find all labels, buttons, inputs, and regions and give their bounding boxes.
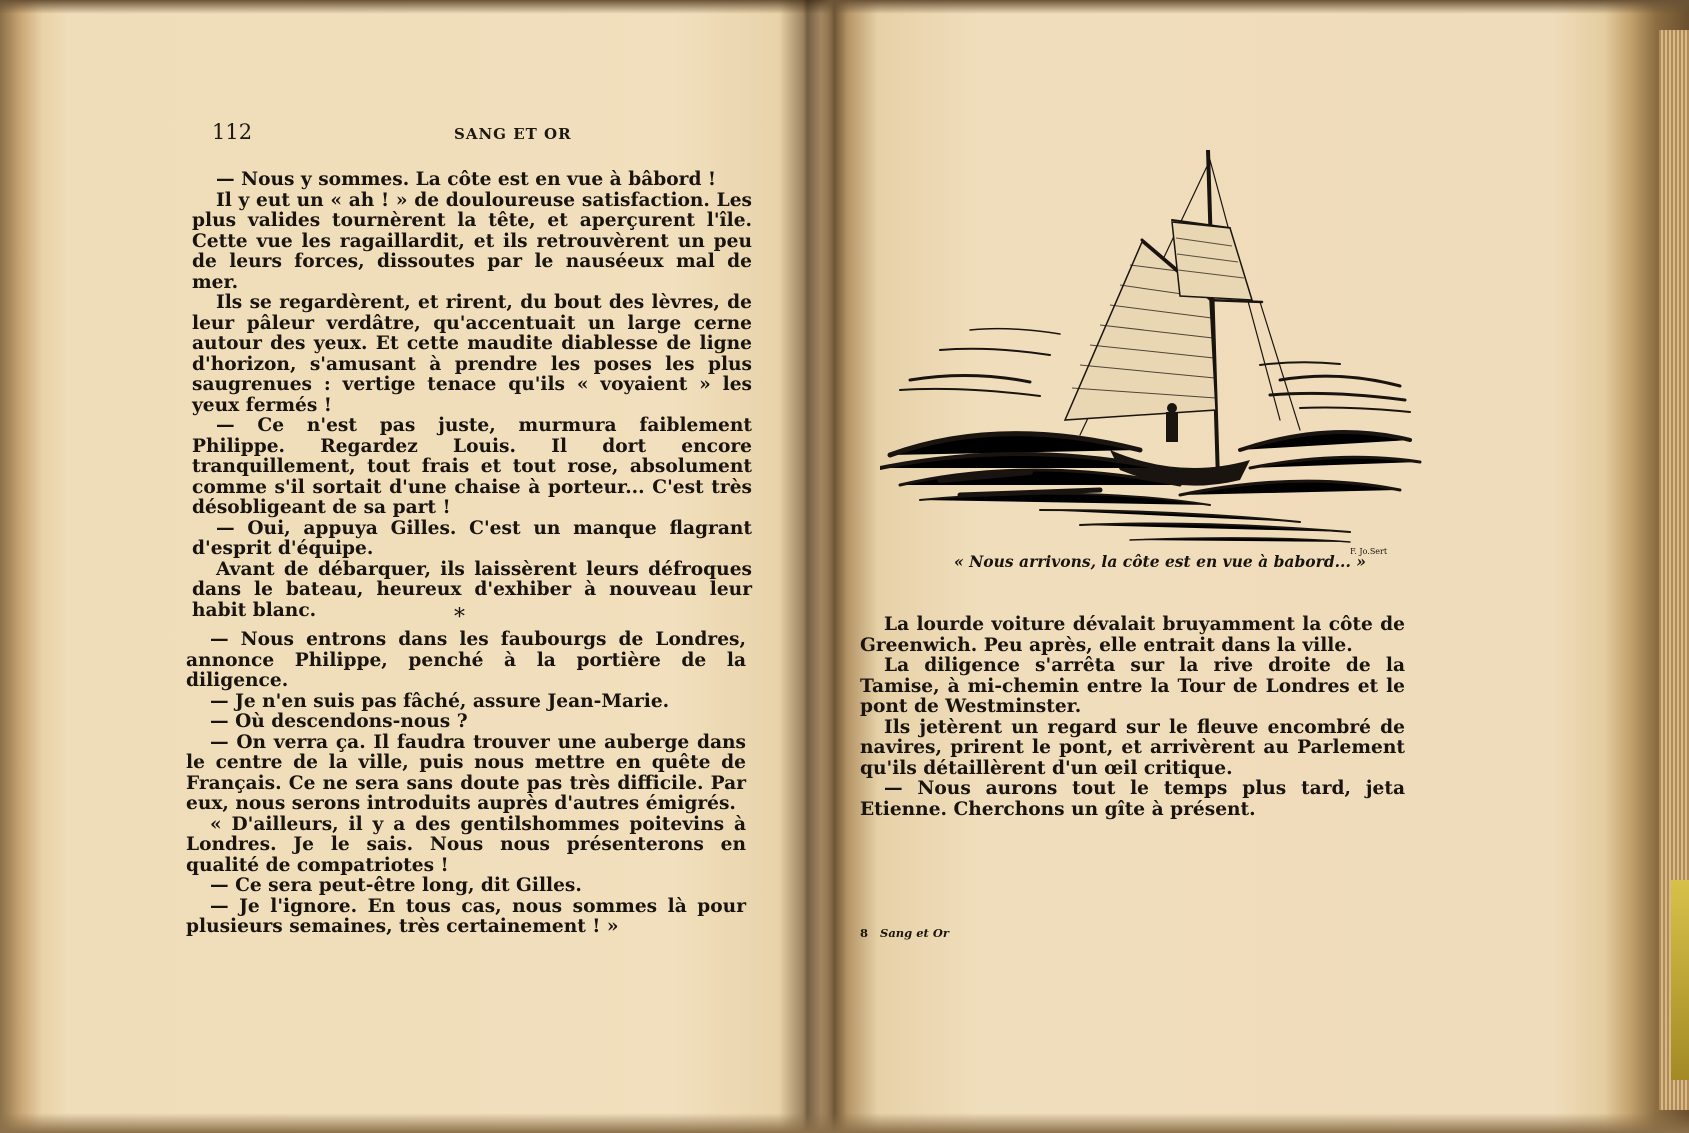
paragraph: — Ce n'est pas juste, murmura faiblement…	[192, 416, 752, 519]
open-book: 112 SANG ET OR — Nous y sommes. La côte …	[0, 0, 1689, 1133]
paragraph: — Je l'ignore. En tous cas, nous sommes …	[186, 897, 746, 938]
paragraph: — Nous aurons tout le temps plus tard, j…	[860, 779, 1405, 820]
paragraph: — On verra ça. Il faudra trouver une aub…	[186, 733, 746, 815]
left-text-block-1: — Nous y sommes. La côte est en vue à bâ…	[192, 170, 752, 621]
paragraph: — Oui, appuya Gilles. C'est un manque fl…	[192, 519, 752, 560]
right-text-block: La lourde voiture dévalait bruyamment la…	[860, 615, 1405, 820]
right-page: F. Jo.Sert « Nous arrivons, la côte est …	[860, 20, 1620, 1110]
book-bottom-edge	[0, 1113, 1689, 1133]
paragraph: « D'ailleurs, il y a des gentilshommes p…	[186, 815, 746, 877]
running-title: SANG ET OR	[454, 125, 572, 143]
section-break-asterisk: *	[454, 605, 465, 630]
paragraph: — Où descendons-nous ?	[186, 712, 746, 733]
paragraph: Ils jetèrent un regard sur le fleuve enc…	[860, 718, 1405, 780]
paragraph: — Ce sera peut-être long, dit Gilles.	[186, 876, 746, 897]
paragraph: — Nous y sommes. La côte est en vue à bâ…	[192, 170, 752, 191]
paragraph: Avant de débarquer, ils laissèrent leurs…	[192, 560, 752, 622]
paragraph: La diligence s'arrêta sur la rive droite…	[860, 656, 1405, 718]
printer-signature-mark: 8 Sang et Or	[860, 926, 949, 940]
paragraph: La lourde voiture dévalait bruyamment la…	[860, 615, 1405, 656]
page-number: 112	[212, 120, 252, 144]
paragraph: — Nous entrons dans les faubourgs de Lon…	[186, 630, 746, 692]
paragraph: — Je n'en suis pas fâché, assure Jean-Ma…	[186, 692, 746, 713]
left-text-block-2: — Nous entrons dans les faubourgs de Lon…	[186, 630, 746, 938]
left-page: 112 SANG ET OR — Nous y sommes. La côte …	[70, 20, 830, 1110]
paragraph: Ils se regardèrent, et rirent, du bout d…	[192, 293, 752, 416]
signature-number: 8	[860, 926, 868, 940]
ship-drawing-icon: F. Jo.Sert	[880, 150, 1440, 570]
sailing-ship-illustration: F. Jo.Sert	[880, 150, 1440, 570]
cover-edge	[1671, 880, 1689, 1080]
paragraph: Il y eut un « ah ! » de douloureuse sati…	[192, 191, 752, 294]
book-top-edge	[0, 0, 1689, 14]
signature-title: Sang et Or	[880, 926, 949, 940]
figure-caption: « Nous arrivons, la côte est en vue à ba…	[930, 552, 1390, 571]
